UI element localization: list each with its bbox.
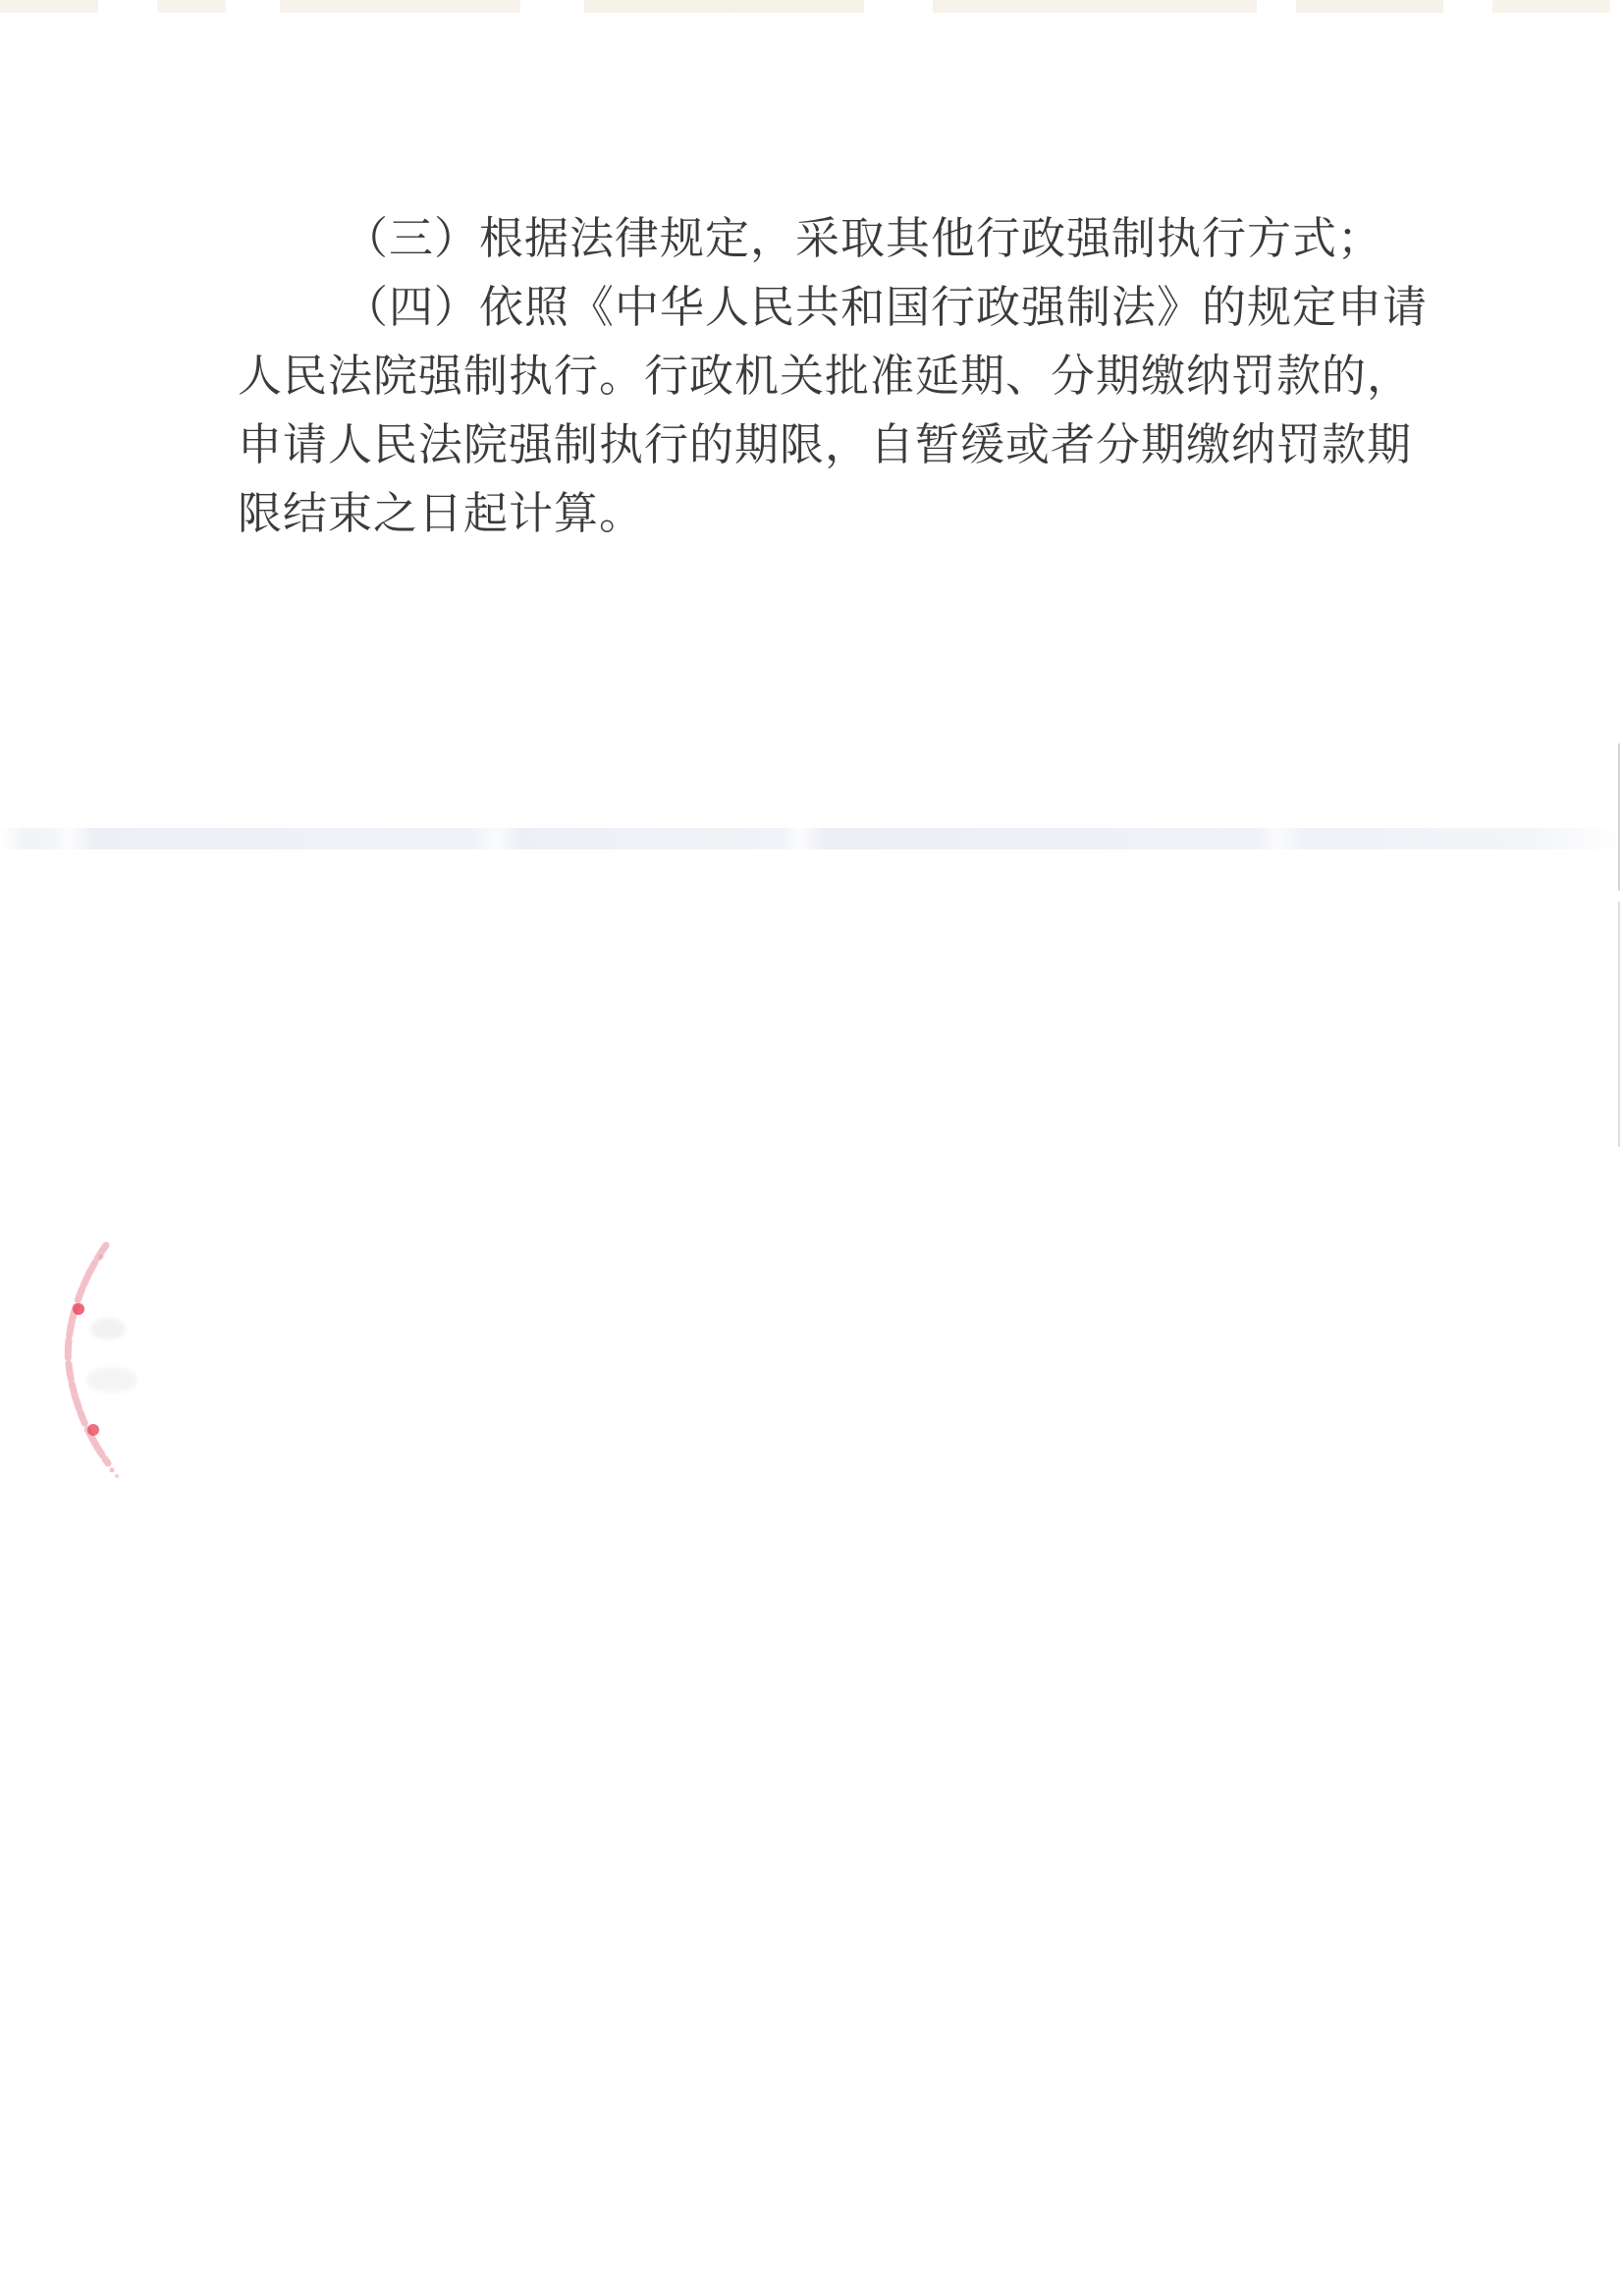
red-seal-stamp-partial bbox=[39, 1228, 147, 1483]
stamp-ink-speckle bbox=[115, 1474, 119, 1478]
scanned-page: （三）根据法律规定，采取其他行政强制执行方式； （四）依照《中华人民共和国行政强… bbox=[0, 0, 1623, 2296]
stamp-ink-blob bbox=[73, 1303, 84, 1315]
paragraph-line: 人民法院强制执行。行政机关批准延期、分期缴纳罚款的， bbox=[238, 342, 1475, 410]
scan-top-edge-artifact bbox=[0, 0, 1623, 13]
ink-smudge bbox=[86, 1367, 137, 1393]
paragraph-line: 限结束之日起计算。 bbox=[238, 479, 1475, 548]
document-text: （三）根据法律规定，采取其他行政强制执行方式； （四）依照《中华人民共和国行政强… bbox=[238, 204, 1475, 548]
ink-smudge bbox=[90, 1318, 126, 1339]
stamp-ink-blob bbox=[87, 1424, 99, 1436]
scan-streak-artifact bbox=[0, 828, 1623, 849]
scan-right-edge-line bbox=[1618, 743, 1620, 891]
scan-right-edge-line bbox=[1618, 902, 1620, 1147]
paragraph-line: 申请人民法院强制执行的期限，自暂缓或者分期缴纳罚款期 bbox=[238, 410, 1475, 479]
stamp-arc-graphic bbox=[39, 1228, 147, 1483]
stamp-ink-speckle bbox=[99, 1255, 104, 1260]
paragraph-line: （三）根据法律规定，采取其他行政强制执行方式； bbox=[238, 204, 1475, 273]
paragraph-line: （四）依照《中华人民共和国行政强制法》的规定申请 bbox=[238, 273, 1475, 342]
stamp-ink-speckle bbox=[110, 1468, 115, 1473]
